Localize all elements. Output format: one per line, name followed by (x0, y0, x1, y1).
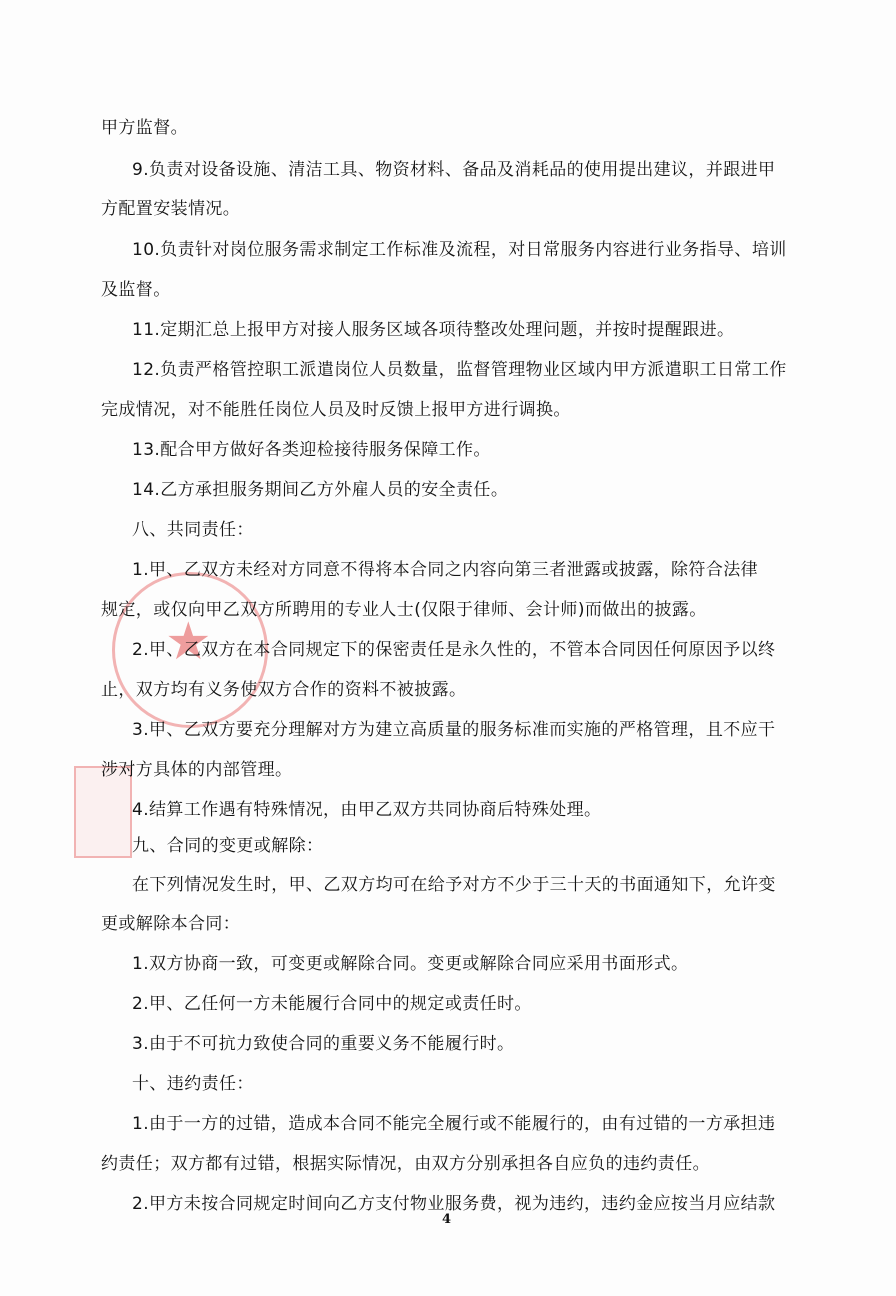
text-line: 止，双方均有义务使双方合作的资料不被披露。 (101, 679, 466, 701)
text-line: 1.甲、乙双方未经对方同意不得将本合同之内容向第三者泄露或披露，除符合法律 (132, 559, 758, 581)
text-line: 约责任；双方都有过错，根据实际情况，由双方分别承担各自应负的违约责任。 (101, 1153, 710, 1175)
text-line: 9.负责对设备设施、清洁工具、物资材料、备品及消耗品的使用提出建议，并跟进甲 (132, 159, 775, 181)
text-line: 13.配合甲方做好各类迎检接待服务保障工作。 (132, 439, 491, 461)
text-line: 2.甲方未按合同规定时间向乙方支付物业服务费，视为违约，违约金应按当月应结款 (132, 1193, 775, 1215)
text-line: 10.负责针对岗位服务需求制定工作标准及流程，对日常服务内容进行业务指导、培训 (132, 239, 787, 261)
document-page: ★ 甲方监督。9.负责对设备设施、清洁工具、物资材料、备品及消耗品的使用提出建议… (0, 0, 896, 1296)
text-line: 规定，或仅向甲乙双方所聘用的专业人士(仅限于律师、会计师)而做出的披露。 (101, 599, 707, 621)
text-line: 1.由于一方的过错，造成本合同不能完全履行或不能履行的，由有过错的一方承担违 (132, 1113, 775, 1135)
text-line: 及监督。 (101, 279, 171, 301)
text-line: 完成情况，对不能胜任岗位人员及时反馈上报甲方进行调换。 (101, 399, 571, 421)
text-line: 11.定期汇总上报甲方对接人服务区域各项待整改处理问题，并按时提醒跟进。 (132, 319, 734, 341)
page-number: 4 (442, 1212, 451, 1227)
text-line: 方配置安装情况。 (101, 198, 240, 220)
text-line: 涉对方具体的内部管理。 (101, 759, 292, 781)
text-line: 12.负责严格管控职工派遣岗位人员数量，监督管理物业区域内甲方派遣职工日常工作 (132, 359, 787, 381)
text-line: 1.双方协商一致，可变更或解除合同。变更或解除合同应采用书面形式。 (132, 953, 688, 975)
text-line: 3.由于不可抗力致使合同的重要义务不能履行时。 (132, 1033, 514, 1055)
text-line: 在下列情况发生时，甲、乙双方均可在给予对方不少于三十天的书面通知下，允许变 (132, 874, 776, 896)
text-line: 2.甲、乙任何一方未能履行合同中的规定或责任时。 (132, 993, 532, 1015)
text-line: 十、违约责任： (132, 1073, 254, 1095)
text-line: 八、共同责任： (132, 519, 254, 541)
text-line: 4.结算工作遇有特殊情况，由甲乙双方共同协商后特殊处理。 (132, 799, 601, 821)
text-line: 2.甲、乙双方在本合同规定下的保密责任是永久性的，不管本合同因任何原因予以终 (132, 639, 775, 661)
text-line: 九、合同的变更或解除： (132, 835, 323, 857)
text-line: 14.乙方承担服务期间乙方外雇人员的安全责任。 (132, 479, 508, 501)
text-line: 更或解除本合同： (101, 913, 240, 935)
text-line: 3.甲、乙双方要充分理解对方为建立高质量的服务标准而实施的严格管理，且不应干 (132, 719, 775, 741)
text-line: 甲方监督。 (101, 117, 188, 139)
